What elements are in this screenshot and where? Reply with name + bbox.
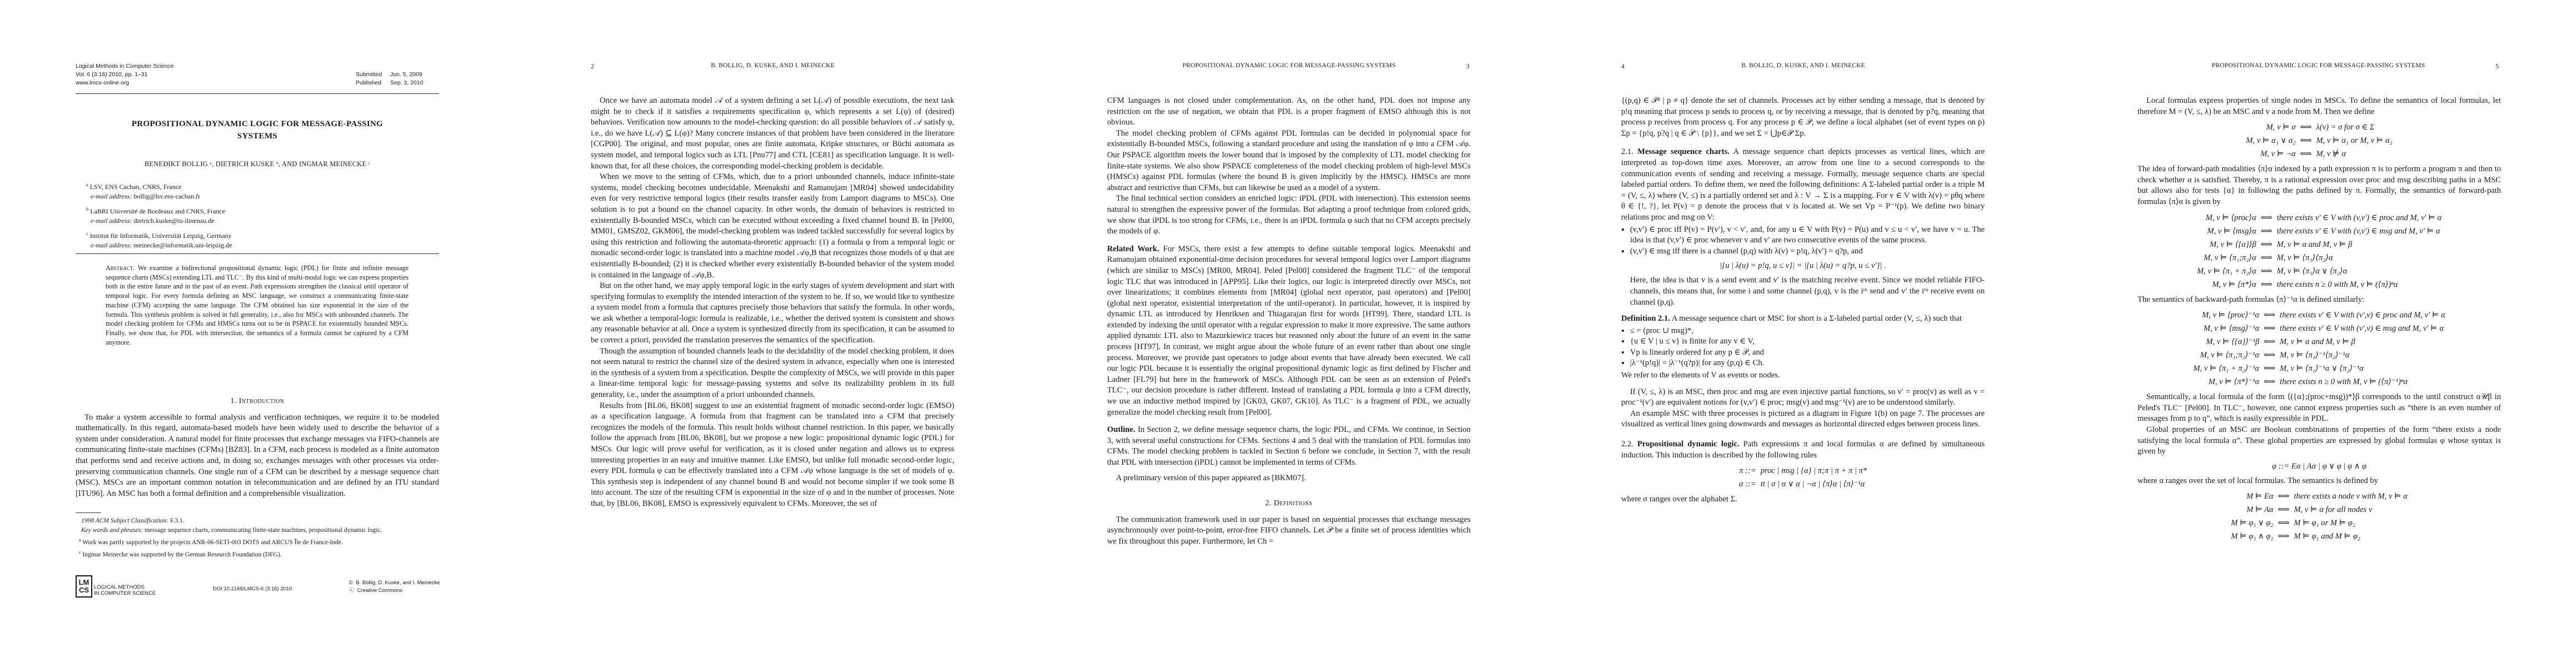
grammar-rhs: tt | σ | α ∨ α | ¬α | ⟨π⟩α | ⟨π⟩⁻¹α: [1758, 477, 1869, 491]
paragraph: The communication framework used in our …: [1107, 515, 1471, 547]
formula-cell: ⟺: [2259, 225, 2275, 238]
list-item: {u ∈ V | u ≤ v} is finite for any v ∈ V,: [1630, 336, 1985, 347]
definition-2-1: Definition 2.1. A message sequence chart…: [1621, 313, 1985, 325]
definition-text: A message sequence chart or MSC for shor…: [1672, 314, 1962, 323]
local-semantics: M, v ⊨ σ⟺λ(v) = σ for σ ∈ Σ M, v ⊨ α₁ ∨ …: [2244, 121, 2394, 161]
formula-cell: M, v ⊨ ⟨π*⟩α: [2195, 278, 2259, 291]
formula-cell: ⟺: [2261, 375, 2278, 389]
affil-mark: b: [86, 207, 88, 212]
page-1: Logical Methods in Computer Science Vol.…: [0, 0, 515, 667]
formula-cell: M, v ⊨ ⟨π₁;π₂⟩⁻¹α: [2191, 349, 2261, 362]
footnotes: 1998 ACM Subject Classification: F.3.1. …: [76, 512, 439, 560]
formula-cell: there exists n ≥ 0 with M, v ⊨ (⟨π⟩)ⁿα: [2275, 278, 2444, 291]
affiliation-b: b LaBRI Université de Bordeaux and CNRS,…: [86, 205, 225, 226]
paragraph: where σ ranges over the alphabet Σ.: [1621, 494, 1985, 505]
affil-inst: Institut für Informatik, Universität Lei…: [90, 232, 232, 240]
grammar-lhs: α ::=: [1737, 477, 1758, 491]
page-5: PROPOSITIONAL DYNAMIC LOGIC FOR MESSAGE-…: [2061, 0, 2576, 667]
authors: BENEDIKT BOLLIG ᵃ, DIETRICH KUSKE ᵇ, AND…: [76, 160, 439, 168]
paragraph: Local formulas express properties of sin…: [2137, 96, 2501, 117]
email-label: e-mail address:: [91, 192, 132, 200]
formula-cell: M, v ⊨ ⟨msg⟩α: [2195, 225, 2259, 238]
list-item: (v,v′) ∈ msg iff there is a channel (p,q…: [1630, 246, 1985, 257]
footnote-c: Ingmar Meinecke was supported by the Ger…: [82, 551, 281, 558]
formula-cell: ⟺: [2298, 134, 2314, 147]
backward-semantics: M, v ⊨ ⟨proc⟩⁻¹α⟺there exists v′ ∈ V wit…: [2191, 308, 2447, 389]
page-body: Local formulas express properties of sin…: [2137, 96, 2501, 546]
paragraph: Once we have an automata model 𝒜 of a sy…: [591, 96, 954, 172]
formula-cell: M ⊨ φ₁ ∧ φ₂: [2229, 530, 2275, 543]
formula-cell: ⟺: [2275, 516, 2291, 530]
equation: |{u | λ(u) = p!q, u ≤ v}| = |{u | λ(u) =…: [1621, 259, 1985, 273]
grammar-rhs: proc | msg | {α} | π;π | π + π | π*: [1758, 464, 1869, 477]
formula-cell: M, v ⊨ ¬α: [2244, 147, 2298, 161]
affiliation-rule: [76, 253, 439, 254]
paragraph-text: For MSCs, there exist a few attempts to …: [1107, 245, 1471, 417]
formula-cell: ⟺: [2261, 362, 2278, 375]
abstract: Abstract. We examine a bidirectional pro…: [106, 263, 408, 347]
formula-cell: ⟺: [2261, 349, 2278, 362]
email-label: e-mail address:: [91, 241, 132, 249]
introduction: 1. Introduction To make a system accessi…: [76, 384, 439, 499]
copyright-icon: ©: [349, 580, 353, 586]
paragraph: {(p,q) ∈ 𝒫² | p ≠ q} denote the set of c…: [1621, 96, 1985, 139]
grammar: π ::=proc | msg | {α} | π;π | π + π | π*…: [1737, 464, 1869, 491]
copyright-holders: B. Bollig, D. Kuske, and I. Meinecke: [356, 580, 440, 586]
title-line-2: SYSTEMS: [76, 130, 439, 142]
list-item: Vp is linearly ordered for any p ∈ 𝒫, an…: [1630, 347, 1985, 359]
affil-inst: LSV, ENS Cachan, CNRS, France: [90, 183, 182, 191]
affiliation-c: c Institut für Informatik, Universität L…: [86, 229, 232, 250]
formula-cell: M ⊨ φ₁ and M ⊨ φ₂: [2291, 530, 2409, 543]
formula-cell: M, v ⊨ ⟨{α}⟩⁻¹β: [2191, 335, 2261, 349]
affil-mark: a: [86, 182, 88, 187]
related-work: Related Work. For MSCs, there exist a fe…: [1107, 244, 1471, 419]
paragraph: An example MSC with three processes is p…: [1621, 409, 1985, 430]
running-head: B. BOLLIG, D. KUSKE, AND I. MEINECKE: [515, 62, 1030, 69]
page-body: Once we have an automata model 𝒜 of a sy…: [591, 96, 954, 510]
email-link[interactable]: dietrich.kuske@tu-ilmenau.de: [134, 217, 215, 225]
formula-cell: there exists a node v with M, v ⊨ α: [2291, 490, 2409, 503]
formula-cell: M, v ⊨ ⟨π₁ + π₂⟩⁻¹α: [2191, 362, 2261, 375]
footnote-a: Work was partly supported by the project…: [82, 539, 343, 546]
email-label: e-mail address:: [91, 217, 132, 225]
formula-cell: M, v ⊭ α: [2314, 147, 2394, 161]
global-semantics: M ⊨ Eα⟺there exists a node v with M, v ⊨…: [2229, 490, 2410, 543]
submitted-date: Jun. 5, 2009: [390, 71, 422, 79]
copyright-block: © B. Bollig, D. Kuske, and I. Meinecke ⓒ…: [349, 579, 440, 595]
section-heading: 1. Introduction: [76, 396, 439, 407]
dates: SubmittedJun. 5, 2009 PublishedSep. 3, 2…: [356, 71, 423, 87]
journal-volume: Vol. 6 (3:16) 2010, pp. 1–31: [76, 71, 174, 79]
formula-cell: λ(v) = σ for σ ∈ Σ: [2314, 121, 2394, 134]
section-heading: 2. Definitions: [1107, 498, 1471, 509]
page-number: 5: [2495, 62, 2499, 71]
subsection-title: Propositional dynamic logic.: [1637, 440, 1740, 449]
formula-cell: M, v ⊨ α for all nodes v: [2291, 503, 2409, 516]
header-rule: [76, 93, 439, 94]
page-number: 3: [1466, 62, 1469, 71]
paragraph: Here, the idea is that v is a send event…: [1621, 275, 1985, 308]
keywords-label: Key words and phrases:: [81, 527, 143, 534]
formula-cell: ⟺: [2261, 335, 2278, 349]
formula-cell: M ⊨ Eα: [2229, 490, 2275, 503]
submitted-label: Submitted: [356, 71, 390, 79]
lmcs-logo-icon: LM CS: [76, 575, 92, 598]
formula-cell: M ⊨ φ₁ ∨ φ₂: [2229, 516, 2275, 530]
doi[interactable]: DOI:10.2168/LMCS-6 (3:16) 2010: [213, 586, 292, 592]
journal-info: Logical Methods in Computer Science Vol.…: [76, 62, 174, 87]
formula-cell: M, v ⊨ ⟨{α}⟩β: [2195, 238, 2259, 251]
paragraph: where α ranges over the set of local for…: [2137, 476, 2501, 487]
keywords: message sequence charts, communicating f…: [145, 527, 382, 534]
formula-cell: M, v ⊨ ⟨π₁ + π₂⟩α: [2195, 265, 2259, 278]
creative-commons-icon: ⓒ: [349, 588, 355, 594]
formula-cell: M, v ⊨ ⟨π₁⟩⁻¹α ∨ ⟨π₂⟩⁻¹α: [2278, 362, 2448, 375]
page-4: 4 B. BOLLIG, D. KUSKE, AND I. MEINECKE {…: [1546, 0, 2061, 667]
subsection-number: 2.1.: [1621, 147, 1633, 156]
page-body: {(p,q) ∈ 𝒫² | p ≠ q} denote the set of c…: [1621, 96, 1985, 505]
footnote-rule: [76, 512, 101, 513]
formula-cell: ⟺: [2259, 211, 2275, 225]
global-grammar: φ ::= Eα | Aα | φ ∨ φ | φ ∧ φ: [2137, 460, 2501, 474]
formula-cell: ⟺: [2259, 238, 2275, 251]
formula-cell: there exists v′ ∈ V with (v,v′) ∈ proc a…: [2275, 211, 2444, 225]
formula-cell: M, v ⊨ ⟨π₁⟩α ∨ ⟨π₂⟩α: [2275, 265, 2444, 278]
published-label: Published: [356, 79, 390, 87]
email-link[interactable]: meinecke@informatik.uni-leipzig.de: [134, 241, 232, 249]
email-link[interactable]: bollig@lsv.ens-cachan.fr: [134, 192, 201, 200]
published-date: Sep. 3, 2010: [390, 79, 423, 87]
formula-cell: ⟺: [2259, 278, 2275, 291]
paragraph: To make a system accessible to formal an…: [76, 412, 439, 500]
paragraph: Global properties of an MSC are Boolean …: [2137, 425, 2501, 457]
definition-label: Definition 2.1.: [1621, 314, 1670, 323]
paragraph: The idea of forward-path modalities ⟨π⟩α…: [2137, 164, 2501, 207]
formula-cell: M, v ⊨ α and M, v ⊨ β: [2275, 238, 2444, 251]
lmcs-logo: LM CS LOGICAL METHODS IN COMPUTER SCIENC…: [76, 575, 156, 598]
formula-cell: ⟺: [2261, 308, 2278, 322]
paragraph: But on the other hand, we may apply temp…: [591, 281, 954, 346]
paragraph-text: A message sequence chart depicts process…: [1621, 147, 1985, 222]
formula-cell: M ⊨ φ₁ or M ⊨ φ₂: [2291, 516, 2409, 530]
logo-letters-top: LM: [79, 579, 89, 586]
formula-cell: M, v ⊨ ⟨π*⟩⁻¹α: [2191, 375, 2261, 389]
formula-cell: M, v ⊨ α₁ ∨ α₂: [2244, 134, 2298, 147]
formula-cell: M, v ⊨ ⟨proc⟩⁻¹α: [2191, 308, 2261, 322]
formula-cell: there exists v′ ∈ V with (v,v′) ∈ msg an…: [2275, 225, 2444, 238]
paragraph: If (V, ≤, λ) is an MSC, then proc and ms…: [1621, 387, 1985, 409]
formula-cell: there exists v′ ∈ V with (v′,v) ∈ proc a…: [2278, 308, 2448, 322]
formula-cell: M, v ⊨ ⟨π₁⟩⟨π₂⟩α: [2275, 251, 2444, 265]
paragraph: Results from [BL06, BK08] suggest to use…: [591, 401, 954, 510]
formula-cell: ⟺: [2275, 530, 2291, 543]
formula-cell: M, v ⊨ ⟨proc⟩α: [2195, 211, 2259, 225]
formula-cell: M, v ⊨ σ: [2244, 121, 2298, 134]
paragraph: A preliminary version of this paper appe…: [1107, 473, 1471, 484]
paragraph: When we move to the setting of CFMs, whi…: [591, 172, 954, 281]
relation-list: (v,v′) ∈ proc iff P(v) = P(v′), v < v′, …: [1621, 225, 1985, 257]
formula-cell: ⟺: [2298, 147, 2314, 161]
forward-semantics: M, v ⊨ ⟨proc⟩α⟺there exists v′ ∈ V with …: [2195, 211, 2444, 291]
list-item: (v,v′) ∈ proc iff P(v) = P(v′), v < v′, …: [1630, 225, 1985, 246]
paragraph: Though the assumption of bounded channel…: [591, 346, 954, 401]
journal-name: Logical Methods in Computer Science: [76, 62, 174, 71]
formula-cell: ⟺: [2275, 490, 2291, 503]
affiliation-a: a LSV, ENS Cachan, CNRS, France e-mail a…: [86, 180, 200, 201]
paragraph: Semantically, a local formula of the for…: [2137, 392, 2501, 425]
paragraph: We refer to the elements of V as events …: [1621, 370, 1985, 381]
formula-cell: ⟺: [2298, 121, 2314, 134]
formula-cell: there exists v′ ∈ V with (v′,v) ∈ msg an…: [2278, 322, 2448, 335]
paper-title: PROPOSITIONAL DYNAMIC LOGIC FOR MESSAGE-…: [76, 118, 439, 142]
subsection-2-2: 2.2. Propositional dynamic logic. Path e…: [1621, 439, 1985, 461]
grammar-lhs: π ::=: [1737, 464, 1758, 477]
paragraph: The semantics of backward-path formulas …: [2137, 295, 2501, 306]
paragraph-heading: Outline.: [1107, 425, 1135, 434]
outline: Outline. In Section 2, we define message…: [1107, 425, 1471, 468]
formula-cell: ⟺: [2259, 265, 2275, 278]
formula-cell: M, v ⊨ α and M, v ⊨ β: [2278, 335, 2448, 349]
formula-cell: M, v ⊨ ⟨msg⟩⁻¹α: [2191, 322, 2261, 335]
license[interactable]: Creative Commons: [357, 588, 402, 594]
list-item: ≤ = (proc ∪ msg)*,: [1630, 326, 1985, 337]
paragraph: The final technical section considers an…: [1107, 193, 1471, 237]
paragraph-heading: Related Work.: [1107, 245, 1159, 253]
subsection-title: Message sequence charts.: [1637, 147, 1730, 156]
formula-cell: M, v ⊨ α₁ or M, v ⊨ α₂: [2314, 134, 2394, 147]
affil-inst: LaBRI Université de Bordeaux and CNRS, F…: [90, 207, 225, 215]
paragraph: The model checking problem of CFMs again…: [1107, 128, 1471, 194]
formula-cell: M, v ⊨ ⟨π₁;π₂⟩α: [2195, 251, 2259, 265]
abstract-label: Abstract.: [106, 264, 134, 272]
definition-conditions: ≤ = (proc ∪ msg)*, {u ∈ V | u ≤ v} is fi…: [1621, 326, 1985, 369]
formula-cell: M ⊨ Aα: [2229, 503, 2275, 516]
acm-class: F.3.1.: [170, 517, 185, 524]
journal-url[interactable]: www.lmcs-online.org: [76, 79, 174, 87]
running-head: B. BOLLIG, D. KUSKE, AND I. MEINECKE: [1546, 62, 2061, 69]
acm-label: 1998 ACM Subject Classification:: [81, 517, 168, 524]
formula-cell: there exists n ≥ 0 with M, v ⊨ (⟨π⟩⁻¹)ⁿα: [2278, 375, 2448, 389]
title-line-1: PROPOSITIONAL DYNAMIC LOGIC FOR MESSAGE-…: [76, 118, 439, 130]
formula-cell: ⟺: [2261, 322, 2278, 335]
subsection-2-1: 2.1. Message sequence charts. A message …: [1621, 147, 1985, 223]
page-2: 2 B. BOLLIG, D. KUSKE, AND I. MEINECKE O…: [515, 0, 1030, 667]
logo-text-1: LOGICAL METHODS: [94, 584, 156, 590]
formula-cell: ⟺: [2275, 503, 2291, 516]
paragraph: CFM languages is not closed under comple…: [1107, 96, 1471, 128]
list-item: |λ⁻¹(p!q)| = |λ⁻¹(q?p)| for any (p,q) ∈ …: [1630, 358, 1985, 369]
abstract-text: We examine a bidirectional propositional…: [106, 264, 408, 346]
logo-letters-bottom: CS: [79, 586, 89, 594]
logo-text-2: IN COMPUTER SCIENCE: [94, 590, 156, 596]
subsection-number: 2.2.: [1621, 440, 1633, 449]
affil-mark: c: [86, 231, 88, 236]
page-3: PROPOSITIONAL DYNAMIC LOGIC FOR MESSAGE-…: [1032, 0, 1547, 667]
paragraph-text: In Section 2, we define message sequence…: [1107, 425, 1471, 467]
formula-cell: M, v ⊨ ⟨π₁⟩⁻¹⟨π₂⟩⁻¹α: [2278, 349, 2448, 362]
page-body: CFM languages is not closed under comple…: [1107, 96, 1471, 547]
formula-cell: ⟺: [2259, 251, 2275, 265]
